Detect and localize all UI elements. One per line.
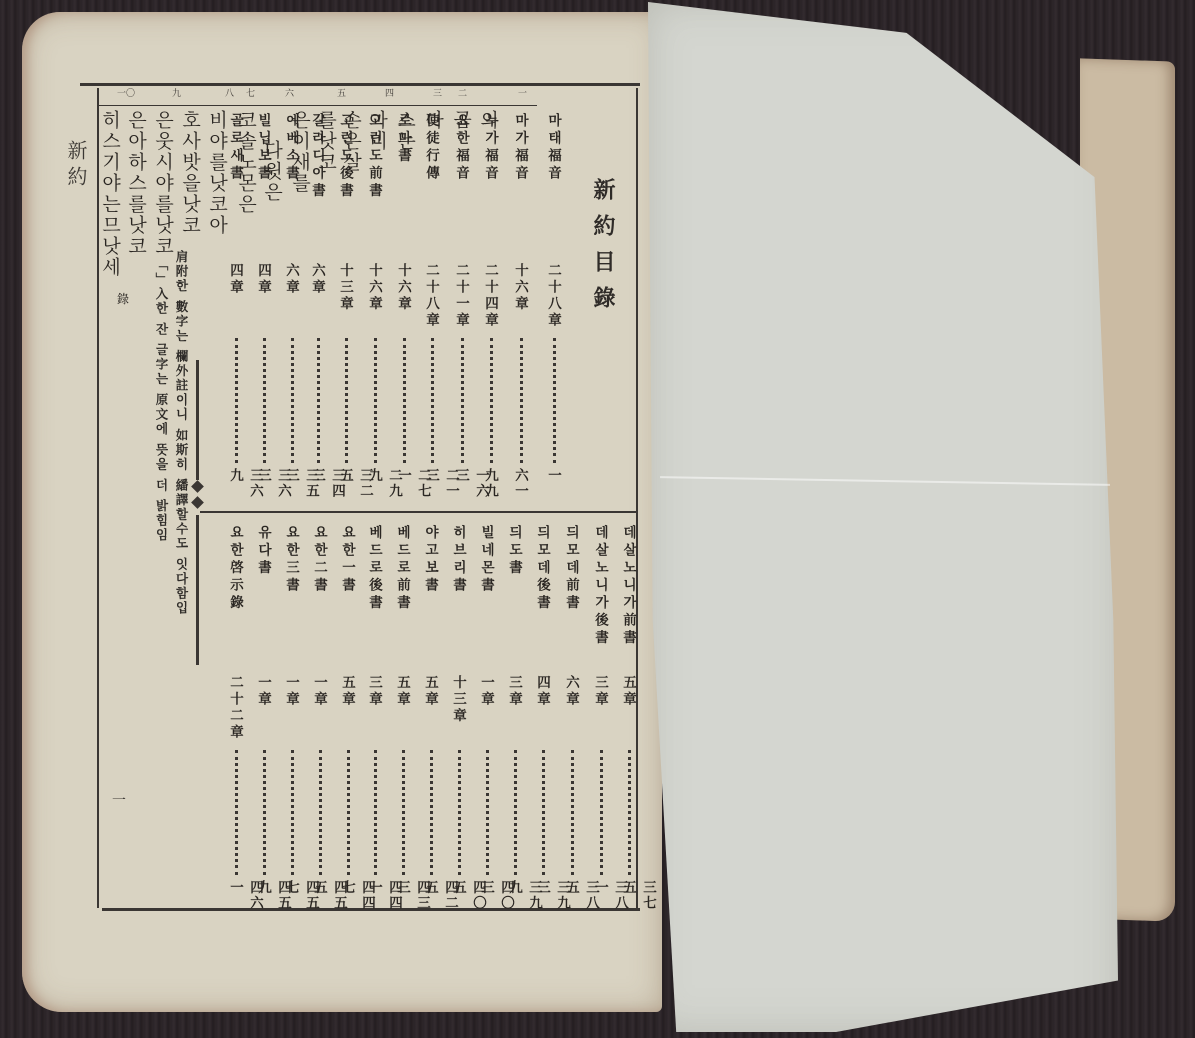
toc-entry: 로마書 十六章 二七一 bbox=[393, 113, 417, 513]
leader-dots bbox=[263, 750, 266, 875]
chapter-count: 十六章 bbox=[393, 263, 413, 313]
book-name: 빌네몬書 bbox=[476, 525, 496, 595]
leader-dots bbox=[347, 750, 350, 875]
leader-dots bbox=[374, 750, 377, 875]
toc-entry: 베드로後書 三章 四四一 bbox=[364, 525, 388, 925]
leader-dots bbox=[628, 750, 631, 875]
book-name: 요한一書 bbox=[337, 525, 357, 595]
leader-dots bbox=[490, 338, 493, 463]
leader-dots bbox=[431, 338, 434, 463]
running-title: 新約 bbox=[62, 140, 92, 192]
overlay-column: 히스기야는므낫세 bbox=[97, 110, 124, 278]
page-ref: 六一 bbox=[510, 468, 530, 499]
overlay-column: 곱 bbox=[448, 110, 475, 131]
chapter-count: 一章 bbox=[281, 675, 301, 708]
column-numeral: 四 bbox=[385, 86, 394, 99]
toc-entry: 누가福音 二十四章 九九 bbox=[480, 113, 504, 513]
column-numeral: 一〇 bbox=[117, 86, 135, 99]
chapter-count: 二十四章 bbox=[480, 263, 500, 329]
chapter-count: 五章 bbox=[420, 675, 440, 708]
toc-entry: 빌네몬書 一章 四〇三 bbox=[476, 525, 500, 925]
chapter-count: 十三章 bbox=[448, 675, 468, 725]
book-name: 베드로前書 bbox=[392, 525, 412, 613]
leader-dots bbox=[542, 750, 545, 875]
toc-entry: 히브리書 十三章 四〇五 bbox=[448, 525, 472, 925]
toc-entry: 데살노니가前書 五章 三七五 bbox=[618, 525, 642, 925]
column-numeral: 七 bbox=[246, 86, 255, 99]
page-ref: 一 bbox=[543, 468, 563, 484]
chapter-count: 一章 bbox=[253, 675, 273, 708]
chapter-count: 一章 bbox=[476, 675, 496, 708]
overlay-column: 코솔노몬은 bbox=[233, 110, 260, 215]
page-ref: 三六九 bbox=[225, 468, 265, 513]
column-numeral: 一 bbox=[518, 86, 527, 99]
divider-marker-line bbox=[196, 515, 199, 665]
toc-entry: 듸모데後書 四章 三九三 bbox=[532, 525, 556, 925]
leader-dots bbox=[461, 338, 464, 463]
leader-dots bbox=[402, 750, 405, 875]
footnote-line-1: 肩附한 數字는 欄外註이니 如斯히 繙譯할수도 잇다함입 bbox=[172, 250, 190, 615]
toc-entry: 데살노니가後書 三章 三八一 bbox=[590, 525, 614, 925]
overlay-column: 아미 bbox=[364, 110, 391, 152]
toc-entry: 마가福音 十六章 六一 bbox=[510, 113, 534, 513]
book-name: 듸도書 bbox=[504, 525, 524, 578]
overlay-column: 손은살 bbox=[338, 110, 365, 173]
overlay-column: 의 bbox=[475, 110, 502, 131]
chapter-count: 三章 bbox=[364, 675, 384, 708]
toc-entry: 고린도前書 十六章 二九九 bbox=[364, 113, 388, 513]
book-name: 마태福音 bbox=[543, 113, 563, 183]
toc-entry: 고린도後書 十三章 三二五 bbox=[335, 113, 359, 513]
toc-entry: 요한一書 五章 四四七 bbox=[337, 525, 361, 925]
chapter-count: 十六章 bbox=[364, 263, 384, 313]
leader-dots bbox=[571, 750, 574, 875]
chapter-count: 五章 bbox=[618, 675, 638, 708]
toc-entry: 요한啓示錄 二十二章 四六一 bbox=[225, 525, 249, 925]
page-ref: 四六一 bbox=[225, 880, 265, 925]
leader-dots bbox=[458, 750, 461, 875]
book-name: 베드로後書 bbox=[364, 525, 384, 613]
leader-dots bbox=[319, 750, 322, 875]
folded-blank-page bbox=[648, 2, 1118, 1032]
chapter-count: 六章 bbox=[307, 263, 327, 296]
chapter-count: 四章 bbox=[253, 263, 273, 296]
book-name: 데살노니가前書 bbox=[618, 525, 638, 648]
column-numeral: 八 bbox=[225, 86, 234, 99]
leader-dots bbox=[403, 338, 406, 463]
leader-dots bbox=[235, 750, 238, 875]
toc-entry: 마태福音 二十八章 一 bbox=[543, 113, 567, 513]
leader-dots bbox=[486, 750, 489, 875]
chapter-count: 五章 bbox=[392, 675, 412, 708]
leader-dots bbox=[345, 338, 348, 463]
chapter-count: 四章 bbox=[225, 263, 245, 296]
toc-entry: 듸도書 三章 三九九 bbox=[504, 525, 528, 925]
chapter-count: 十三章 bbox=[335, 263, 355, 313]
chapter-count: 一章 bbox=[309, 675, 329, 708]
book-name: 데살노니가後書 bbox=[590, 525, 610, 648]
column-numeral: 六 bbox=[285, 86, 294, 99]
chapter-count: 二十八章 bbox=[543, 263, 563, 329]
overlay-column: 은웃시야를낫코 bbox=[150, 110, 177, 257]
book-name: 요한二書 bbox=[309, 525, 329, 595]
leader-dots bbox=[374, 338, 377, 463]
page-number: 一 bbox=[112, 790, 126, 810]
chapter-count: 三章 bbox=[504, 675, 524, 708]
overlay-column: 은아하스를낫코 bbox=[123, 110, 150, 257]
leader-dots bbox=[520, 338, 523, 463]
chapter-count: 六章 bbox=[561, 675, 581, 708]
column-numeral: 五 bbox=[337, 86, 346, 99]
chapter-count: 二十二章 bbox=[225, 675, 245, 741]
book-name: 요한三書 bbox=[281, 525, 301, 595]
overlay-column: 다 bbox=[420, 110, 447, 131]
chapter-count: 十六章 bbox=[510, 263, 530, 313]
chapter-count: 二十八章 bbox=[421, 263, 441, 329]
overlay-column: 호사밧을낫코 bbox=[177, 110, 204, 236]
chapter-count: 四章 bbox=[532, 675, 552, 708]
chapter-count: 六章 bbox=[281, 263, 301, 296]
book-name: 요한啓示錄 bbox=[225, 525, 245, 613]
chapter-count: 二十一章 bbox=[451, 263, 471, 329]
toc-entry: 유다書 一章 四五九 bbox=[253, 525, 277, 925]
column-numeral: 二 bbox=[458, 86, 467, 99]
book-name: 듸모데前書 bbox=[561, 525, 581, 613]
footnote-line-2: 「」入한 잔 글字는 原文에 뜻을 더 밝힘임 bbox=[152, 258, 170, 543]
leader-dots bbox=[317, 338, 320, 463]
leader-dots bbox=[291, 750, 294, 875]
leader-dots bbox=[600, 750, 603, 875]
overlay-column: 스는 bbox=[392, 110, 419, 152]
column-numeral: 九 bbox=[172, 86, 181, 99]
overlay-column: 다윗은 bbox=[259, 140, 286, 203]
overlay-column: 비야를낫코아 bbox=[204, 110, 231, 236]
leader-dots bbox=[263, 338, 266, 463]
leader-dots bbox=[430, 750, 433, 875]
book-name: 마가福音 bbox=[510, 113, 530, 183]
book-name: 히브리書 bbox=[448, 525, 468, 595]
toc-entry: 베드로前書 五章 四三三 bbox=[392, 525, 416, 925]
column-numeral: 三 bbox=[433, 86, 442, 99]
toc-entry: 요한三書 一章 四五七 bbox=[281, 525, 305, 925]
toc-entry: 使徒行傳 二十八章 二一三 bbox=[421, 113, 445, 513]
column-numerals: 一〇 九 八 七 六 五 四 三 二 一 bbox=[100, 86, 550, 106]
leader-dots bbox=[553, 338, 556, 463]
page-title: 新約目錄 bbox=[588, 178, 619, 322]
book-name: 듸모데後書 bbox=[532, 525, 552, 613]
chapter-count: 五章 bbox=[337, 675, 357, 708]
book-name: 야고보書 bbox=[420, 525, 440, 595]
overlay-footer-glyph: 錄 bbox=[117, 290, 129, 307]
leader-dots bbox=[291, 338, 294, 463]
leader-dots bbox=[514, 750, 517, 875]
toc-entry: 듸모데前書 六章 三八五 bbox=[561, 525, 585, 925]
toc-entry: 요한福音 二十一章 一六三 bbox=[451, 113, 475, 513]
chapter-count: 三章 bbox=[590, 675, 610, 708]
leader-dots bbox=[235, 338, 238, 463]
divider-marker-line bbox=[196, 360, 199, 480]
book-name: 유다書 bbox=[253, 525, 273, 578]
overlay-column: 를낫코 bbox=[313, 110, 340, 173]
toc-entry: 요한二書 一章 四五五 bbox=[309, 525, 333, 925]
overlay-column: 은이새를 bbox=[287, 110, 314, 194]
toc-entry: 야고보書 五章 四二五 bbox=[420, 525, 444, 925]
